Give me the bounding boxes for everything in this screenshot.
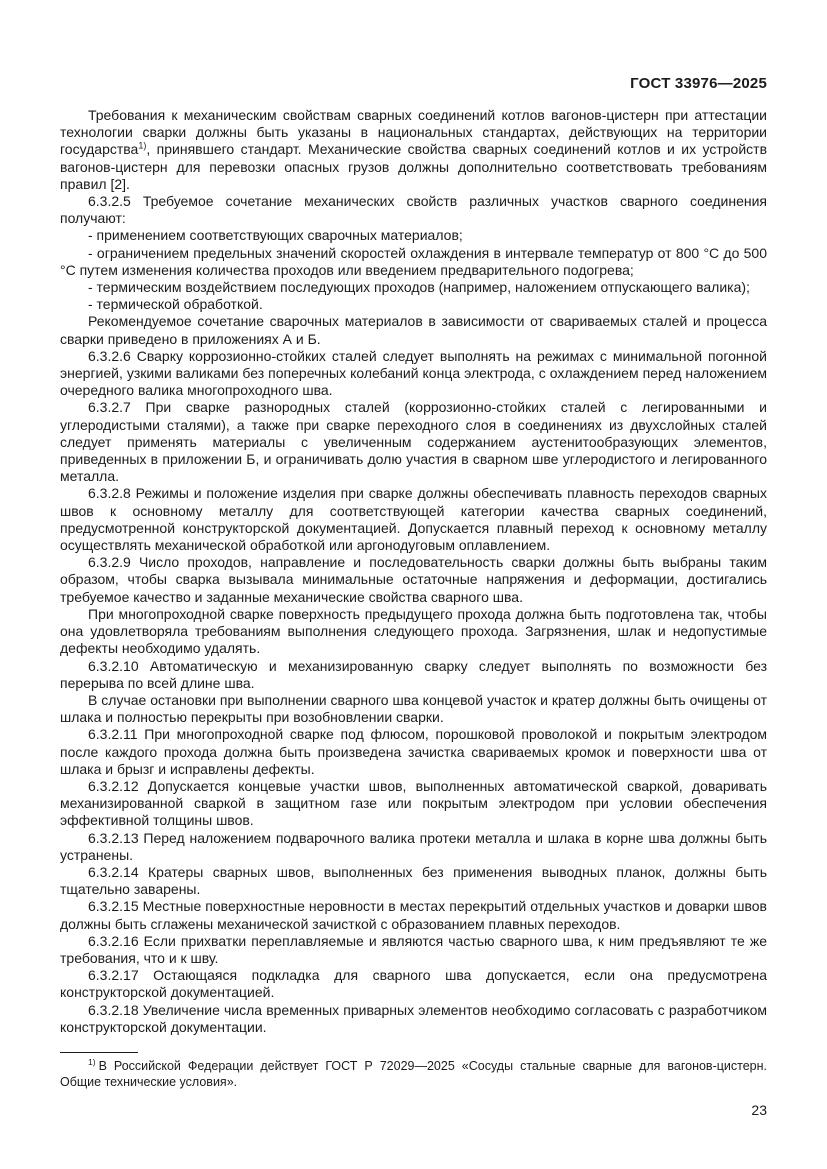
footnote-marker: 1) xyxy=(88,1057,96,1067)
document-body: Требования к механическим свойствам свар… xyxy=(60,107,767,1036)
paragraph: - ограничением предельных значений скоро… xyxy=(60,245,767,279)
paragraph: Рекомендуемое сочетание сварочных матери… xyxy=(60,313,767,347)
paragraph-text: - термическим воздействием последующих п… xyxy=(88,279,750,295)
paragraph: 6.3.2.18 Увеличение числа временных прив… xyxy=(60,1002,767,1036)
paragraph: 6.3.2.5 Требуемое сочетание механических… xyxy=(60,193,767,227)
page-header: ГОСТ 33976—2025 xyxy=(60,76,767,91)
paragraph-text: Рекомендуемое сочетание сварочных матери… xyxy=(60,313,767,346)
paragraph-text: 6.3.2.12 Допускается концевые участки шв… xyxy=(60,778,767,828)
footnote: 1)В Российской Федерации действует ГОСТ … xyxy=(60,1058,767,1090)
paragraph: 6.3.2.9 Число проходов, направление и по… xyxy=(60,554,767,606)
document-page: ГОСТ 33976—2025 Требования к механически… xyxy=(0,0,827,1169)
paragraph: 6.3.2.7 При сварке разнородных сталей (к… xyxy=(60,399,767,485)
doc-code: ГОСТ 33976—2025 xyxy=(630,75,767,92)
paragraph: 6.3.2.14 Кратеры сварных швов, выполненн… xyxy=(60,864,767,898)
paragraph-text: 6.3.2.17 Остающаяся подкладка для сварно… xyxy=(60,967,767,1000)
paragraph-text: - термической обработкой. xyxy=(88,296,263,312)
paragraph-text: 6.3.2.11 При многопроходной сварке под ф… xyxy=(60,726,767,776)
paragraph: 6.3.2.17 Остающаяся подкладка для сварно… xyxy=(60,967,767,1001)
paragraph-text: - ограничением предельных значений скоро… xyxy=(60,245,767,278)
paragraph: 6.3.2.16 Если прихватки переплавляемые и… xyxy=(60,933,767,967)
paragraph-text: 6.3.2.7 При сварке разнородных сталей (к… xyxy=(60,399,767,484)
paragraph-text: 6.3.2.5 Требуемое сочетание механических… xyxy=(60,193,767,226)
paragraph: В случае остановки при выполнении сварно… xyxy=(60,692,767,726)
paragraph-text: 6.3.2.9 Число проходов, направление и по… xyxy=(60,554,767,604)
paragraph-text: В случае остановки при выполнении сварно… xyxy=(60,692,767,725)
paragraph-text: 6.3.2.15 Местные поверхностные неровност… xyxy=(60,898,767,931)
paragraph-text: - применением соответствующих сварочных … xyxy=(88,227,463,243)
paragraph: 6.3.2.11 При многопроходной сварке под ф… xyxy=(60,726,767,778)
paragraph: При многопроходной сварке поверхность пр… xyxy=(60,606,767,658)
paragraph: - применением соответствующих сварочных … xyxy=(60,227,767,244)
paragraph: 6.3.2.13 Перед наложением подварочного в… xyxy=(60,830,767,864)
paragraph-text: 6.3.2.10 Автоматическую и механизированн… xyxy=(60,658,767,691)
paragraph-text: 6.3.2.6 Сварку коррозионно-стойких стале… xyxy=(60,348,767,398)
paragraph: 6.3.2.12 Допускается концевые участки шв… xyxy=(60,778,767,830)
paragraph: - термической обработкой. xyxy=(60,296,767,313)
footnote-divider xyxy=(60,1052,138,1053)
paragraph-text: 6.3.2.18 Увеличение числа временных прив… xyxy=(60,1002,767,1035)
paragraph: 6.3.2.15 Местные поверхностные неровност… xyxy=(60,898,767,932)
paragraph-text: 6.3.2.13 Перед наложением подварочного в… xyxy=(60,830,767,863)
paragraph-text: , принявшего стандарт. Механические свой… xyxy=(60,141,767,191)
paragraph-text: 6.3.2.8 Режимы и положение изделия при с… xyxy=(60,485,767,553)
page-number: 23 xyxy=(60,1102,767,1119)
paragraph-text: При многопроходной сварке поверхность пр… xyxy=(60,606,767,656)
paragraph: 6.3.2.10 Автоматическую и механизированн… xyxy=(60,658,767,692)
paragraph: 6.3.2.8 Режимы и положение изделия при с… xyxy=(60,485,767,554)
paragraph-text: 6.3.2.16 Если прихватки переплавляемые и… xyxy=(60,933,767,966)
paragraph-text: 6.3.2.14 Кратеры сварных швов, выполненн… xyxy=(60,864,767,897)
footnote-text: В Российской Федерации действует ГОСТ Р … xyxy=(60,1059,767,1089)
paragraph: Требования к механическим свойствам свар… xyxy=(60,107,767,193)
paragraph: - термическим воздействием последующих п… xyxy=(60,279,767,296)
paragraph: 6.3.2.6 Сварку коррозионно-стойких стале… xyxy=(60,348,767,400)
